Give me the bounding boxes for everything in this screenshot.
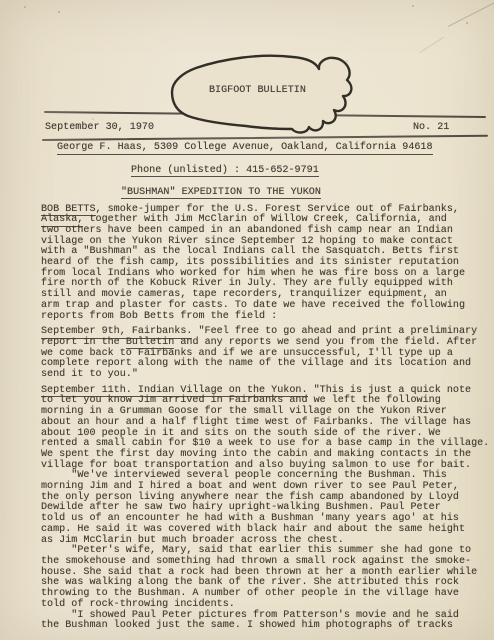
paragraph-intro: BOB BETTS, smoke-jumper for the U.S. For… <box>41 205 493 323</box>
article-title: "BUSHMAN" EXPEDITION TO THE YUKON <box>121 187 321 200</box>
body-text: together with Jim McClarin of Willow Cre… <box>41 214 465 321</box>
issue-number: No. 21 <box>413 122 449 133</box>
body-text: "This is just a quick note to let you kn… <box>41 385 489 631</box>
paper-speck <box>58 11 60 13</box>
paper-speck <box>24 6 26 8</box>
paper-crease <box>448 2 494 26</box>
logo-text: BIGFOOT BULLETIN <box>209 85 306 96</box>
editor-address-line: George F. Haas, 5309 College Avenue, Oak… <box>57 142 433 155</box>
editor-phone-line: Phone (unlisted) : 415-652-9791 <box>131 165 319 178</box>
paper-speck <box>466 22 468 24</box>
paragraph-report-sept-9: September 9th, Fairbanks. "Feel free to … <box>41 327 493 381</box>
issue-date: September 30, 1970 <box>45 122 154 133</box>
paper-crease <box>420 37 444 53</box>
paragraph-report-sept-11: September 11th. Indian Village on the Yu… <box>41 386 493 632</box>
body-text: , smoke-jumper for the U.S. Forest Servi… <box>96 204 459 215</box>
article-body: BOB BETTS, smoke-jumper for the U.S. For… <box>41 205 493 632</box>
paper-speck <box>412 5 414 7</box>
scanned-newsletter-page: BIGFOOT BULLETIN September 30, 1970 No. … <box>0 0 494 640</box>
paper-speck <box>92 118 94 120</box>
paper-speck <box>346 60 348 62</box>
masthead-rule-bottom <box>42 135 488 141</box>
